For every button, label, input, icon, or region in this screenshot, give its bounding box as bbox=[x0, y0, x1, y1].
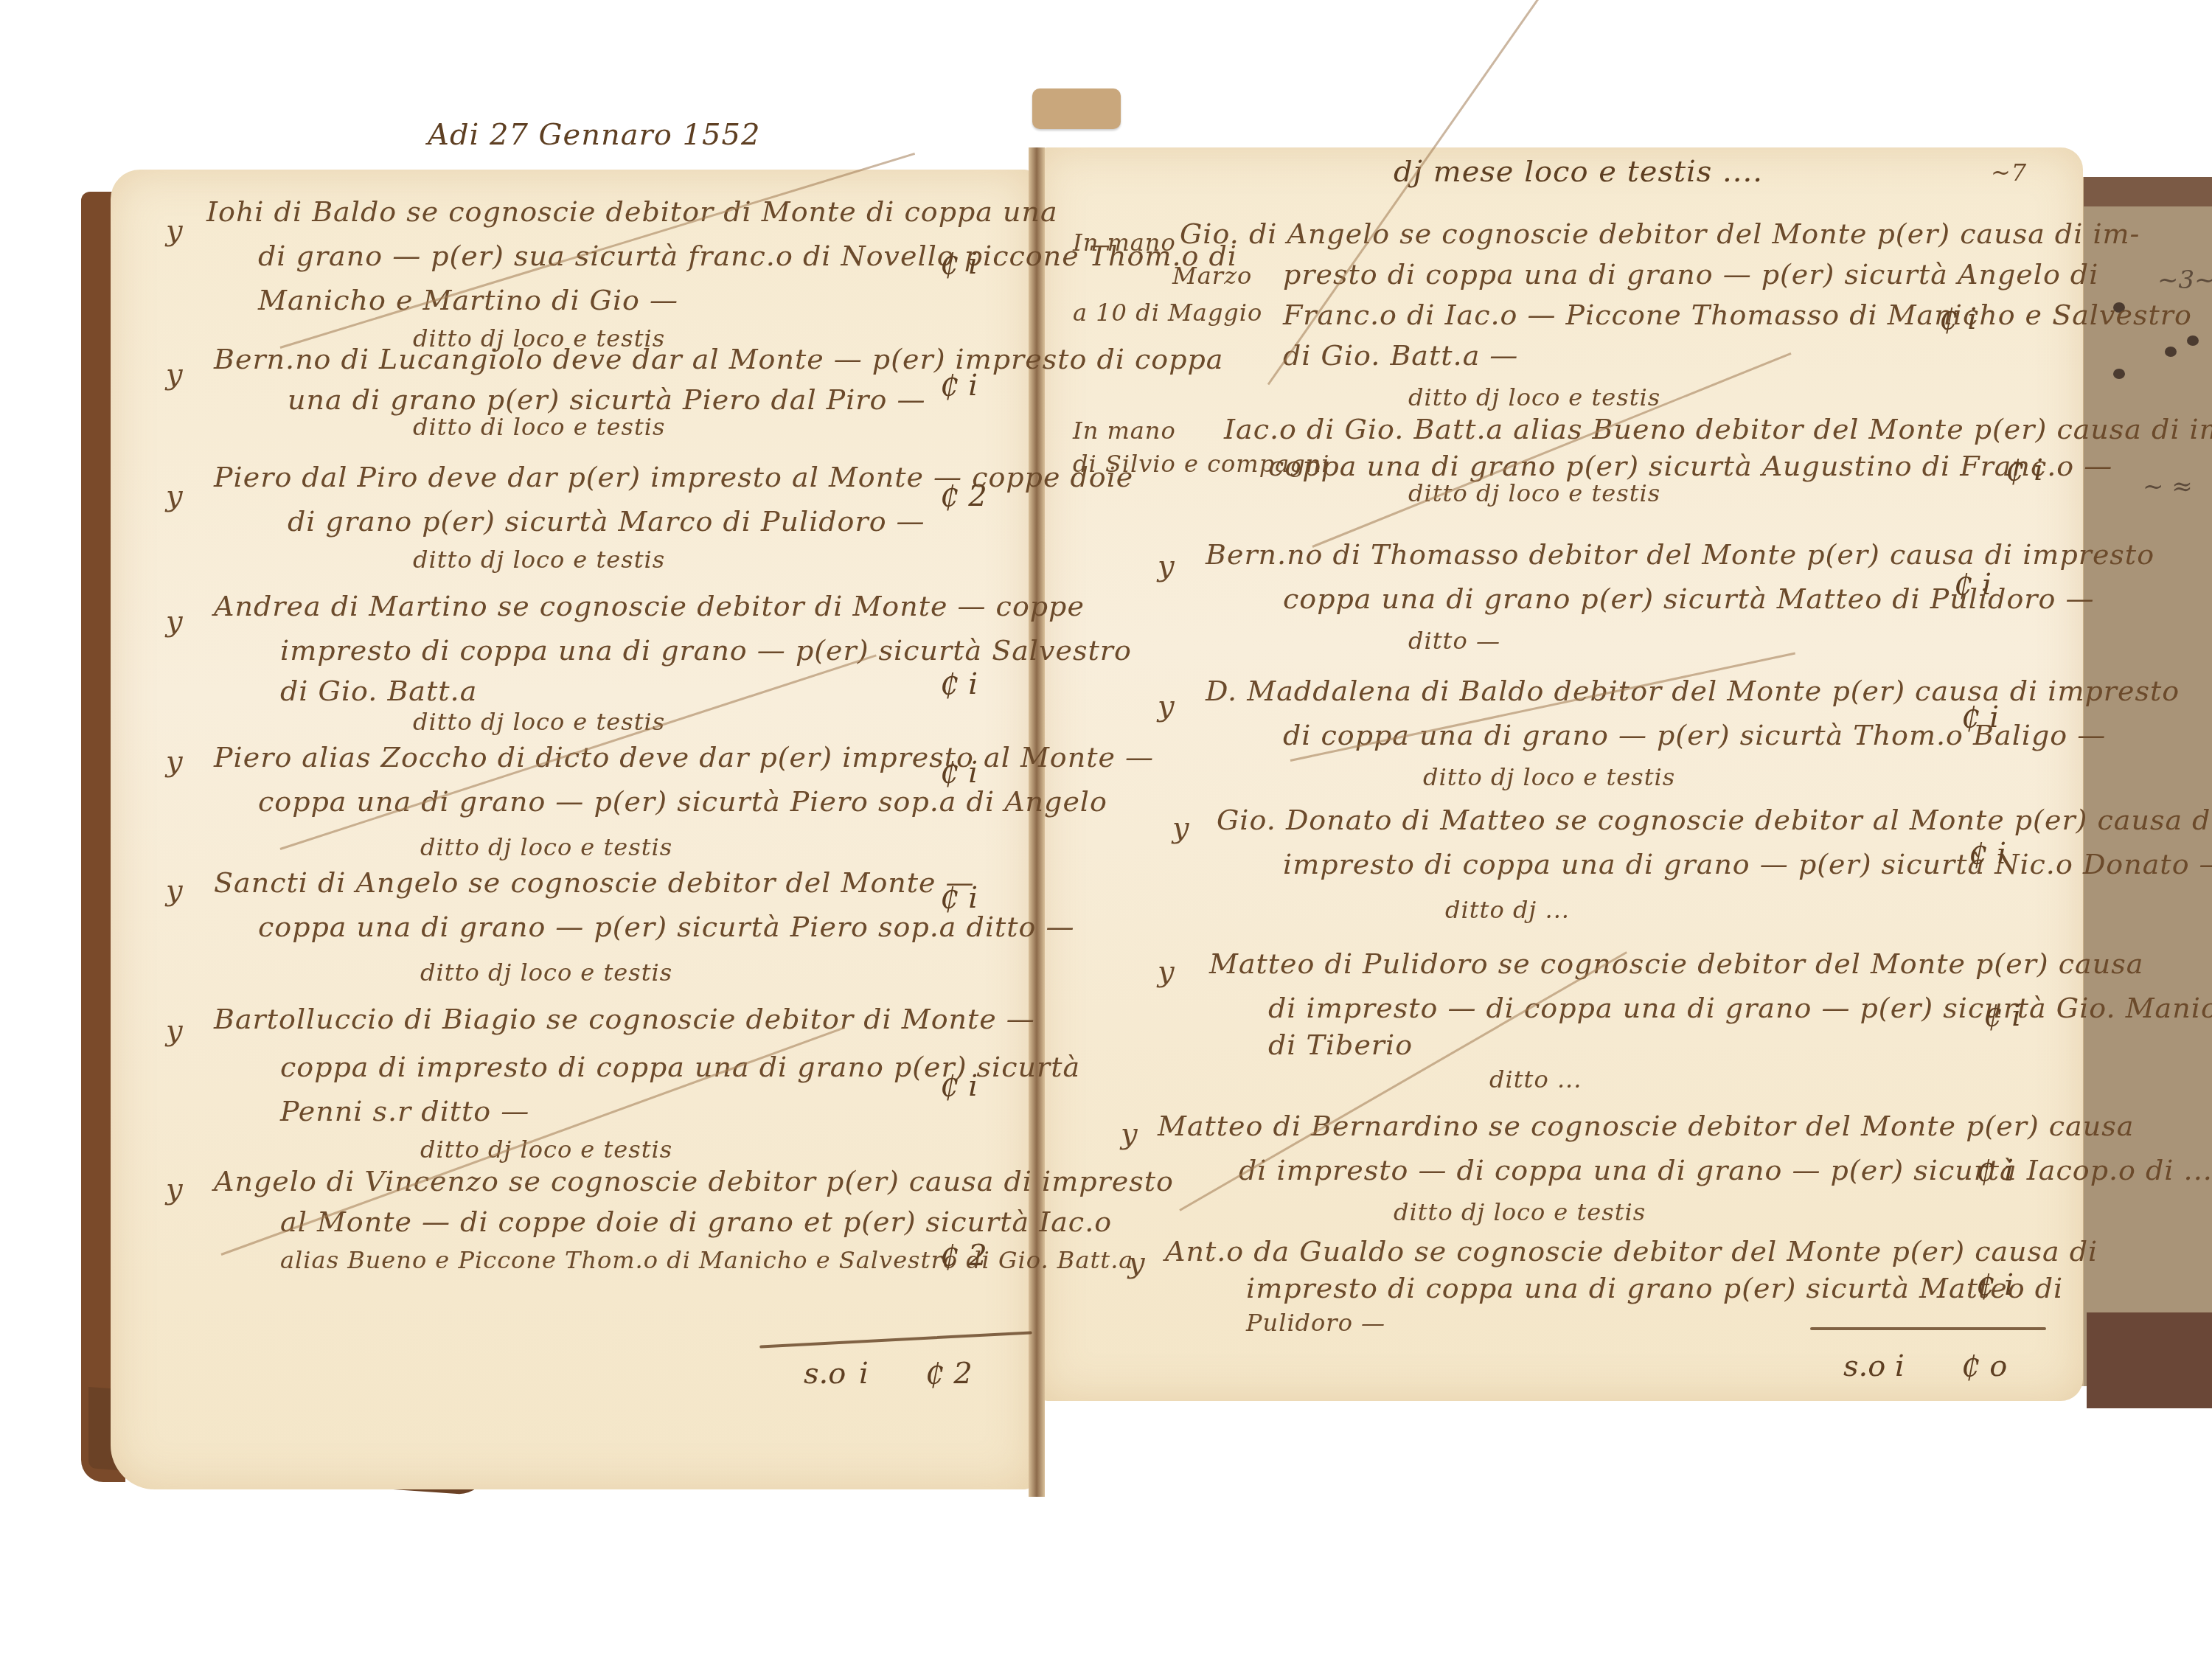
ink-spot bbox=[2165, 347, 2177, 357]
entry-line: Angelo di Vincenzo se cognoscie debitor … bbox=[214, 1165, 1174, 1197]
margin-mark: y bbox=[1128, 1246, 1145, 1280]
margin-mark: y bbox=[1158, 549, 1175, 583]
spine-binding-fragment bbox=[1032, 88, 1121, 129]
entry-amount: ₵ i bbox=[940, 369, 978, 403]
margin-mark: y bbox=[1172, 811, 1189, 845]
entry-line: Iohi di Baldo se cognoscie debitor di Mo… bbox=[206, 195, 1058, 228]
entry-line: impresto di coppa una di grano — p(er) s… bbox=[280, 634, 1132, 667]
ink-spot bbox=[2187, 335, 2199, 346]
entry-amount: ₵ i bbox=[1969, 837, 2006, 871]
entry-amount: ₵ i bbox=[940, 667, 978, 701]
ink-spot bbox=[2113, 369, 2125, 379]
margin-note: a 10 di Maggio bbox=[1073, 299, 1262, 327]
total-i: i bbox=[1895, 1349, 1905, 1383]
entry-line: Bern.no di Lucangiolo deve dar al Monte … bbox=[214, 343, 1223, 375]
entry-line: Iac.o di Gio. Batt.a alias Bueno debitor… bbox=[1224, 413, 2212, 445]
entry-line: di impresto — di coppa una di grano — p(… bbox=[1268, 992, 2212, 1024]
entry-line: Penni s.r ditto — bbox=[280, 1095, 529, 1127]
entry-line: di grano p(er) sicurtà Marco di Pulidoro… bbox=[288, 505, 925, 538]
total-rule bbox=[1810, 1327, 2046, 1330]
entry-amount: ₵ i bbox=[1954, 568, 1992, 602]
total-s: s.o bbox=[804, 1357, 846, 1391]
cover-scribble: ~ ≈ bbox=[2143, 472, 2193, 501]
margin-mark: y bbox=[166, 1014, 183, 1048]
entry-footer: ditto dj loco e testis bbox=[420, 959, 672, 987]
margin-note: In mano bbox=[1073, 417, 1176, 445]
entry-amount: ₵ i bbox=[1976, 1154, 2014, 1188]
right-cover-bottom bbox=[2087, 1312, 2212, 1408]
entry-footer: ditto dj loco e testis bbox=[1394, 1198, 1646, 1226]
total-c: ₵ o bbox=[1961, 1349, 2007, 1383]
entry-footer: ditto dj loco e testis bbox=[1423, 763, 1675, 791]
entry-line: al Monte — di coppe doie di grano et p(e… bbox=[280, 1206, 1112, 1238]
entry-line: Sancti di Angelo se cognoscie debitor de… bbox=[214, 866, 975, 899]
entry-amount: ₵ i bbox=[1961, 700, 1999, 734]
entry-line: di Tiberio bbox=[1268, 1029, 1413, 1061]
entry-amount: ₵ 2 bbox=[940, 1239, 987, 1273]
entry-amount: ₵ 2 bbox=[940, 479, 987, 513]
right-board-cover: ~3~ ~ ≈ bbox=[2079, 177, 2212, 1386]
margin-mark: y bbox=[166, 605, 183, 639]
entry-line: Piero dal Piro deve dar p(er) impresto a… bbox=[214, 461, 1133, 493]
entry-line: di Gio. Batt.a — bbox=[1283, 339, 1518, 372]
entry-line: Pulidoro — bbox=[1246, 1309, 1385, 1337]
entry-footer: ditto dj loco e testis bbox=[420, 1135, 672, 1164]
entry-amount: ₵ i bbox=[1976, 1268, 2014, 1302]
date-heading: Adi 27 Gennaro 1552 bbox=[428, 118, 760, 152]
entry-footer: ditto dj loco e testis bbox=[1408, 383, 1660, 411]
entry-footer: ditto di loco e testis bbox=[413, 413, 665, 441]
entry-amount: ₵ i bbox=[1939, 302, 1977, 336]
entry-line: di impresto — di coppa una di grano — p(… bbox=[1239, 1154, 2212, 1186]
entry-line: impresto di coppa una di grano — p(er) s… bbox=[1283, 848, 2212, 880]
entry-line: Gio. Donato di Matteo se cognoscie debit… bbox=[1217, 804, 2212, 836]
entry-footer: ditto dj loco e testis bbox=[420, 833, 672, 861]
cover-scribble: ~3~ bbox=[2157, 265, 2212, 295]
entry-amount: ₵ i bbox=[940, 881, 978, 915]
margin-mark: y bbox=[1121, 1117, 1138, 1151]
entry-line: Piero alias Zoccho di dicto deve dar p(e… bbox=[214, 741, 1154, 773]
entry-line: Bern.no di Thomasso debitor del Monte p(… bbox=[1206, 538, 2154, 571]
entry-footer: ditto — bbox=[1408, 627, 1500, 655]
margin-note: Marzo bbox=[1172, 262, 1252, 290]
entry-line: Matteo di Pulidoro se cognoscie debitor … bbox=[1209, 947, 2143, 980]
margin-mark: y bbox=[166, 214, 183, 248]
entry-line: impresto di coppa una di grano p(er) sic… bbox=[1246, 1272, 2063, 1304]
cover-top-strip bbox=[2084, 177, 2212, 206]
entry-line: D. Maddalena di Baldo debitor del Monte … bbox=[1206, 675, 2180, 707]
margin-mark: y bbox=[1158, 689, 1175, 723]
right-heading: dj mese loco e testis .... bbox=[1394, 155, 1763, 189]
entry-amount: ₵ i bbox=[2006, 453, 2043, 487]
margin-mark: y bbox=[166, 745, 183, 779]
entry-line: Andrea di Martino se cognoscie debitor d… bbox=[214, 590, 1085, 622]
entry-footer: ditto dj loco e testis bbox=[413, 546, 665, 574]
entry-footer: ditto dj ... bbox=[1445, 896, 1570, 924]
margin-note: In mano bbox=[1073, 229, 1176, 257]
entry-amount: ₵ i bbox=[940, 756, 978, 790]
corner-mark: ~7 bbox=[1991, 159, 2027, 187]
entry-line: Bartolluccio di Biagio se cognoscie debi… bbox=[214, 1003, 1035, 1035]
entry-line: presto di coppa una di grano — p(er) sic… bbox=[1283, 258, 2098, 291]
total-c: ₵ 2 bbox=[925, 1357, 973, 1391]
margin-mark: y bbox=[166, 479, 183, 513]
entry-footer: ditto dj loco e testis bbox=[413, 708, 665, 736]
entry-line: Gio. di Angelo se cognoscie debitor del … bbox=[1180, 218, 2140, 250]
entry-line: Ant.o da Gualdo se cognoscie debitor del… bbox=[1165, 1235, 2098, 1267]
margin-mark: y bbox=[166, 358, 183, 392]
entry-amount: ₵ i bbox=[940, 1069, 978, 1103]
entry-amount: ₵ i bbox=[940, 247, 978, 281]
total-s: s.o bbox=[1843, 1349, 1885, 1383]
margin-mark: y bbox=[1158, 955, 1175, 989]
entry-line: Franc.o di Iac.o — Piccone Thomasso di M… bbox=[1283, 299, 2192, 331]
margin-mark: y bbox=[166, 1172, 183, 1206]
total-i: i bbox=[859, 1357, 869, 1391]
entry-line: una di grano p(er) sicurtà Piero dal Pir… bbox=[288, 383, 926, 416]
entry-line: coppa una di grano — p(er) sicurtà Piero… bbox=[258, 911, 1075, 943]
entry-amount: ₵ i bbox=[1983, 999, 2021, 1033]
entry-line: coppa una di grano p(er) sicurtà Augusti… bbox=[1268, 450, 2112, 482]
margin-mark: y bbox=[166, 874, 183, 908]
entry-line: alias Bueno e Piccone Thom.o di Manicho … bbox=[280, 1246, 1133, 1274]
entry-line: di Gio. Batt.a bbox=[280, 675, 477, 707]
entry-footer: ditto ... bbox=[1489, 1065, 1582, 1093]
